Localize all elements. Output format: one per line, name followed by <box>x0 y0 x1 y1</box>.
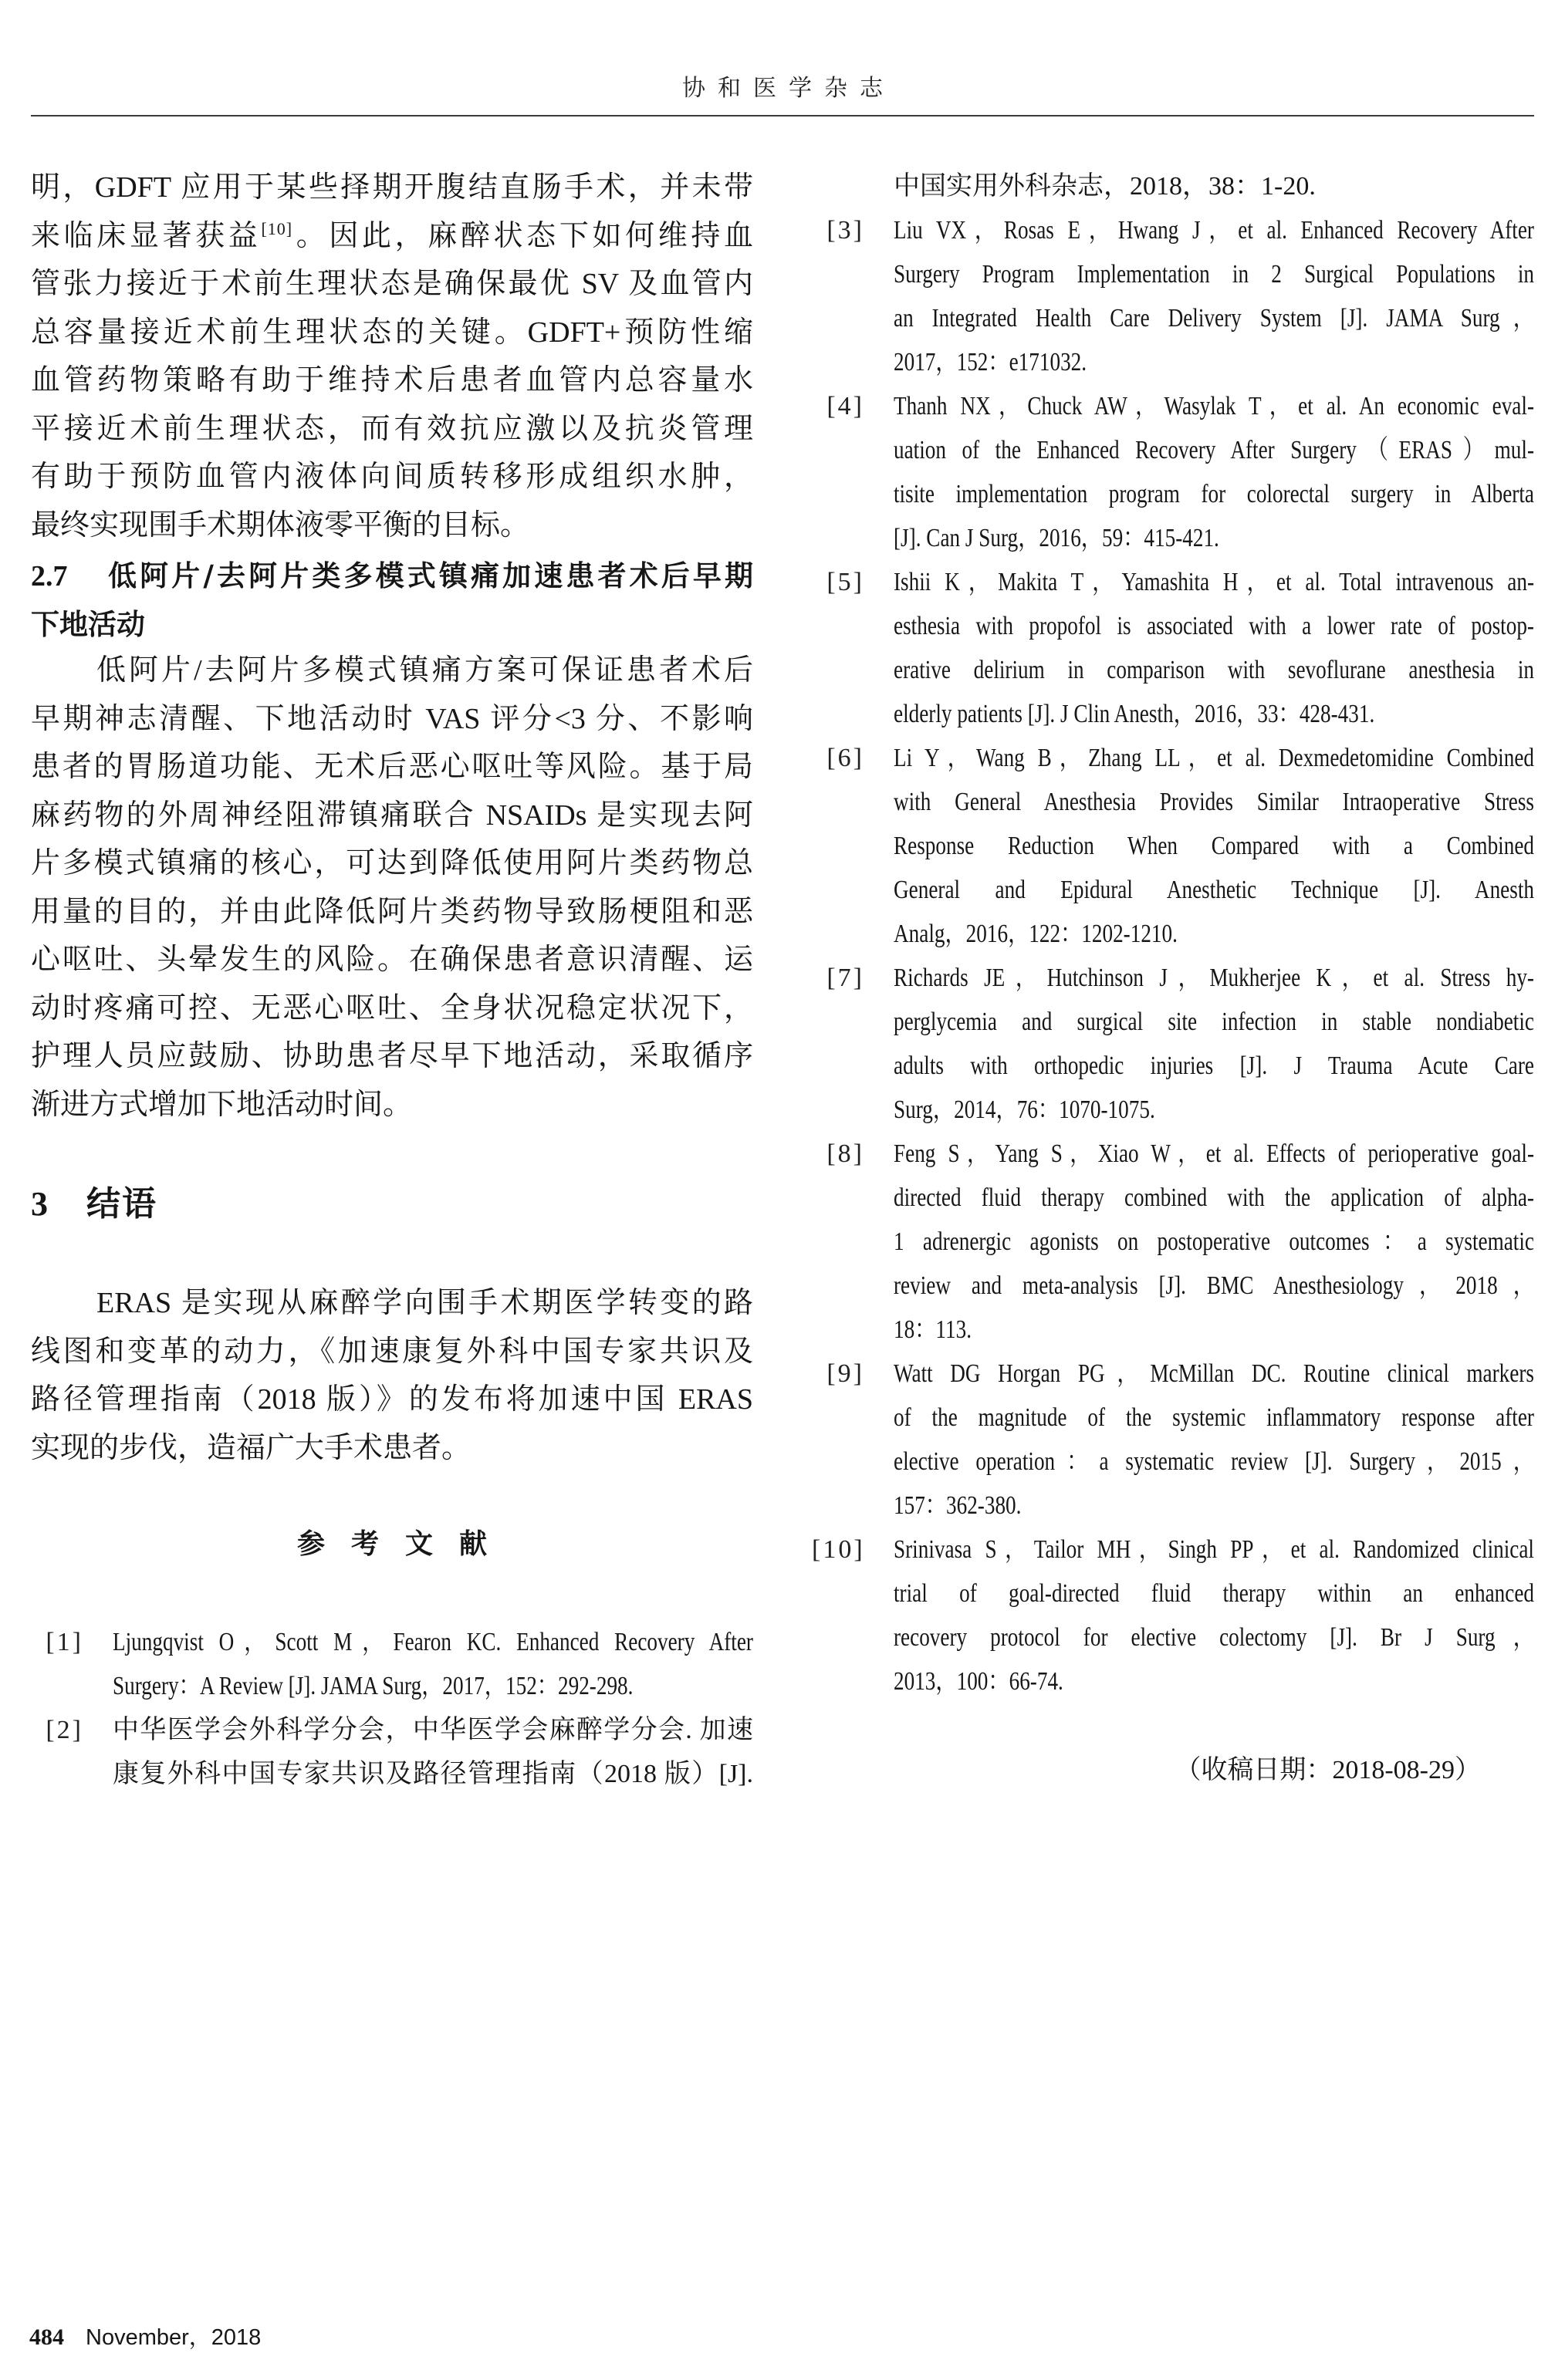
paragraph-line: 动时疼痛可控、无恶心呕吐、全身状况稳定状况下， <box>31 984 753 1033</box>
page-footer: 484November，2018 <box>29 2321 261 2358</box>
reference-label: [6] <box>812 736 864 956</box>
reference-line: uation of the Enhanced Recovery After Su… <box>894 428 1534 472</box>
reference-item: [2] 中华医学会外科学分会，中华医学会麻醉学分会. 加速 康复外科中国专家共识… <box>31 1708 753 1796</box>
reference-line: perglycemia and surgical site infection … <box>894 1000 1534 1044</box>
reference-label: [9] <box>812 1352 864 1528</box>
reference-line: 中华医学会外科学分会，中华医学会麻醉学分会. 加速 <box>113 1708 753 1752</box>
page-number: 484 <box>29 2324 64 2350</box>
line-text: 。因此，麻醉状态下如何维持血 <box>292 220 753 252</box>
reference-line: erative delirium in comparison with sevo… <box>894 648 1534 692</box>
paragraph-line: 低阿片/去阿片多模式镇痛方案可保证患者术后 <box>31 646 753 695</box>
paragraph-line: 明，GDFT 应用于某些择期开腹结直肠手术，并未带 <box>31 164 753 212</box>
reference-list-left: [1] Ljungqvist O，Scott M，Fearon KC. Enha… <box>31 1620 753 1796</box>
reference-line: with General Anesthesia Provides Similar… <box>894 780 1534 824</box>
reference-label: [1] <box>31 1620 83 1708</box>
reference-line: an Integrated Health Care Delivery Syste… <box>894 296 1534 340</box>
issue-date: November，2018 <box>86 2325 261 2350</box>
reference-line: Ljungqvist O，Scott M，Fearon KC. Enhanced… <box>113 1620 753 1664</box>
reference-line: Ishii K，Makita T，Yamashita H，et al. Tota… <box>894 560 1534 604</box>
reference-item: [10] Srinivasa S，Tailor MH，Singh PP，et a… <box>812 1528 1534 1703</box>
reference-line: Watt DG Horgan PG，McMillan DC. Routine c… <box>894 1352 1534 1396</box>
paragraph-line: 渐进方式增加下地活动时间。 <box>31 1081 753 1129</box>
citation-superscript: [10] <box>261 219 292 238</box>
reference-line: Thanh NX，Chuck AW，Wasylak T，et al. An ec… <box>894 384 1534 428</box>
reference-line: 1 adrenergic agonists on postoperative o… <box>894 1220 1534 1264</box>
reference-label: [8] <box>812 1132 864 1352</box>
reference-item: [7] Richards JE，Hutchinson J，Mukherjee K… <box>812 956 1534 1132</box>
reference-label: [7] <box>812 956 864 1132</box>
references-heading: 参考文献 <box>31 1521 753 1568</box>
paragraph-line: 用量的目的，并由此降低阿片类药物导致肠梗阻和恶 <box>31 888 753 937</box>
reference-line: Li Y，Wang B，Zhang LL，et al. Dexmedetomid… <box>894 736 1534 780</box>
reference-line: elective operation：a systematic review [… <box>894 1440 1534 1484</box>
section-3-heading: 3结语 <box>31 1180 753 1229</box>
paragraph-line: 血管药物策略有助于维持术后患者血管内总容量水 <box>31 356 753 405</box>
line-text: 来临床显著获益 <box>31 220 261 252</box>
reference-label: [4] <box>812 384 864 560</box>
body-paragraph-2: 低阿片/去阿片多模式镇痛方案可保证患者术后 早期神志清醒、下地活动时 VAS 评… <box>31 646 753 1129</box>
reference-item: [6] Li Y，Wang B，Zhang LL，et al. Dexmedet… <box>812 736 1534 956</box>
paragraph-line: 总容量接近术前生理状态的关键。GDFT+预防性缩 <box>31 309 753 357</box>
left-column: 明，GDFT 应用于某些择期开腹结直肠手术，并未带 来临床显著获益[10]。因此… <box>31 0 753 2380</box>
reference-line: General and Epidural Anesthetic Techniqu… <box>894 868 1534 912</box>
paragraph-line: ERAS 是实现从麻醉学向围手术期医学转变的路 <box>31 1279 753 1328</box>
reference-line: Surgery Program Implementation in 2 Surg… <box>894 252 1534 296</box>
paragraph-line: 护理人员应鼓励、协助患者尽早下地活动，采取循序 <box>31 1032 753 1081</box>
reference-label: [5] <box>812 560 864 736</box>
reference-line: 157：362-380. <box>894 1484 1534 1528</box>
reference-line: esthesia with propofol is associated wit… <box>894 604 1534 648</box>
reference-line: Richards JE，Hutchinson J，Mukherjee K，et … <box>894 956 1534 1000</box>
reference-item: [3] Liu VX，Rosas E，Hwang J，et al. Enhanc… <box>812 208 1534 384</box>
reference-line: Surgery：A Review [J]. JAMA Surg，2017，152… <box>113 1664 753 1708</box>
right-column: 中国实用外科杂志，2018，38：1-20. [3] Liu VX，Rosas … <box>812 164 1534 1703</box>
paragraph-line: 线图和变革的动力，《加速康复外科中国专家共识及 <box>31 1328 753 1376</box>
paragraph-line: 片多模式镇痛的核心，可达到降低使用阿片类药物总 <box>31 839 753 888</box>
received-date: （收稿日期：2018-08-29） <box>1175 1748 1481 1792</box>
paragraph-line: 实现的步伐，造福广大手术患者。 <box>31 1424 753 1473</box>
reference-line: tisite implementation program for colore… <box>894 472 1534 516</box>
reference-line: 18：113. <box>894 1308 1534 1352</box>
body-paragraph-3: ERAS 是实现从麻醉学向围手术期医学转变的路 线图和变革的动力，《加速康复外科… <box>31 1279 753 1472</box>
reference-label: [3] <box>812 208 864 384</box>
paragraph-line: 心呕吐、头晕发生的风险。在确保患者意识清醒、运 <box>31 936 753 984</box>
body-paragraph-1: 明，GDFT 应用于某些择期开腹结直肠手术，并未带 来临床显著获益[10]。因此… <box>31 164 753 549</box>
paragraph-line: 来临床显著获益[10]。因此，麻醉状态下如何维持血 <box>31 212 753 261</box>
reference-line: recovery protocol for elective colectomy… <box>894 1615 1534 1659</box>
reference-item: [8] Feng S，Yang S，Xiao W，et al. Effects … <box>812 1132 1534 1352</box>
reference-line: Response Reduction When Compared with a … <box>894 824 1534 868</box>
reference-line: trial of goal-directed fluid therapy wit… <box>894 1571 1534 1615</box>
paragraph-line: 麻药物的外周神经阻滞镇痛联合 NSAIDs 是实现去阿 <box>31 792 753 840</box>
paragraph-line: 最终实现围手术期体液零平衡的目标。 <box>31 501 753 550</box>
reference-line: 康复外科中国专家共识及路径管理指南（2018 版）[J]. <box>113 1752 753 1796</box>
reference-item: [4] Thanh NX，Chuck AW，Wasylak T，et al. A… <box>812 384 1534 560</box>
section-number: 2.7 <box>31 552 108 601</box>
section-2-7-heading: 2.7 低阿片/去阿片类多模式镇痛加速患者术后早期 下地活动 <box>31 552 753 649</box>
reference-line: [J]. Can J Surg，2016，59：415-421. <box>894 516 1534 560</box>
reference-line: directed fluid therapy combined with the… <box>894 1176 1534 1220</box>
reference-line: adults with orthopedic injuries [J]. J T… <box>894 1044 1534 1088</box>
paragraph-line: 管张力接近于术前生理状态是确保最优 SV 及血管内 <box>31 260 753 309</box>
paragraph-line: 有助于预防血管内液体向间质转移形成组织水肿， <box>31 453 753 501</box>
reference-item: [5] Ishii K，Makita T，Yamashita H，et al. … <box>812 560 1534 736</box>
paragraph-line: 路径管理指南（2018 版）》的发布将加速中国 ERAS <box>31 1376 753 1424</box>
reference-line: Feng S，Yang S，Xiao W，et al. Effects of p… <box>894 1132 1534 1176</box>
reference-line: Analg，2016，122：1202-1210. <box>894 912 1534 956</box>
reference-line: 2013，100：66-74. <box>894 1659 1534 1703</box>
reference-item: [9] Watt DG Horgan PG，McMillan DC. Routi… <box>812 1352 1534 1528</box>
reference-line: Surg，2014，76：1070-1075. <box>894 1088 1534 1132</box>
reference-continuation: 中国实用外科杂志，2018，38：1-20. <box>812 164 1534 208</box>
paragraph-line: 平接近术前生理状态，而有效抗应激以及抗炎管理 <box>31 405 753 454</box>
reference-line: 2017，152：e171032. <box>894 340 1534 384</box>
reference-label: [10] <box>812 1528 864 1703</box>
reference-line: elderly patients [J]. J Clin Anesth，2016… <box>894 692 1534 736</box>
section-title: 结语 <box>86 1184 157 1224</box>
section-number: 3 <box>31 1180 86 1229</box>
paragraph-line: 患者的胃肠道功能、无术后恶心呕吐等风险。基于局 <box>31 743 753 792</box>
reference-line: Srinivasa S，Tailor MH，Singh PP，et al. Ra… <box>894 1528 1534 1571</box>
section-title-line: 低阿片/去阿片类多模式镇痛加速患者术后早期 <box>108 552 753 601</box>
reference-label: [2] <box>31 1708 83 1796</box>
reference-line: Liu VX，Rosas E，Hwang J，et al. Enhanced R… <box>894 208 1534 252</box>
reference-line: of the magnitude of the systemic inflamm… <box>894 1396 1534 1440</box>
reference-line: review and meta-analysis [J]. BMC Anesth… <box>894 1264 1534 1308</box>
reference-item: [1] Ljungqvist O，Scott M，Fearon KC. Enha… <box>31 1620 753 1708</box>
reference-line: 中国实用外科杂志，2018，38：1-20. <box>894 164 1534 208</box>
paragraph-line: 早期神志清醒、下地活动时 VAS 评分<3 分、不影响 <box>31 695 753 744</box>
section-title-line: 下地活动 <box>31 601 753 650</box>
